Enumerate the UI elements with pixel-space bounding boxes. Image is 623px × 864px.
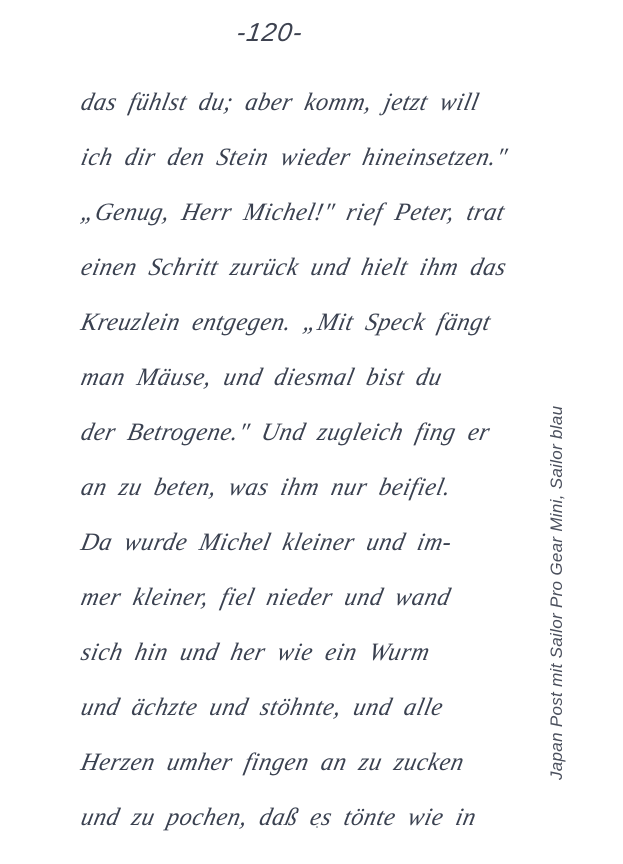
text-line: Herzen umher fingen an zu zucken	[74, 742, 542, 797]
text-line: sich hin und her wie ein Wurm	[74, 632, 542, 687]
text-line: an zu beten, was ihm nur beifiel.	[74, 467, 542, 522]
text-line: das fühlst du; aber komm, jetzt will	[74, 82, 542, 137]
margin-note-pen-info: Japan Post mit Sailor Pro Gear Mini, Sai…	[547, 420, 567, 780]
text-line: einen Schritt zurück und hielt ihm das	[74, 247, 542, 302]
text-line: und zu pochen, daß es tönte wie in	[74, 797, 542, 852]
text-line: ich dir den Stein wieder hineinsetzen."	[74, 137, 542, 192]
handwritten-text-body: das fühlst du; aber komm, jetzt will ich…	[80, 82, 550, 852]
paper-speck	[316, 826, 318, 828]
text-line: der Betrogene." Und zugleich fing er	[74, 412, 542, 467]
text-line: und ächzte und stöhnte, und alle	[74, 687, 542, 742]
text-line: Da wurde Michel kleiner und im-	[74, 522, 542, 577]
text-line: mer kleiner, fiel nieder und wand	[74, 577, 542, 632]
page-number: -120-	[235, 17, 305, 48]
text-line: man Mäuse, und diesmal bist du	[74, 357, 542, 412]
text-line: „Genug, Herr Michel!" rief Peter, trat	[74, 192, 542, 247]
text-line: Kreuzlein entgegen. „Mit Speck fängt	[74, 302, 542, 357]
